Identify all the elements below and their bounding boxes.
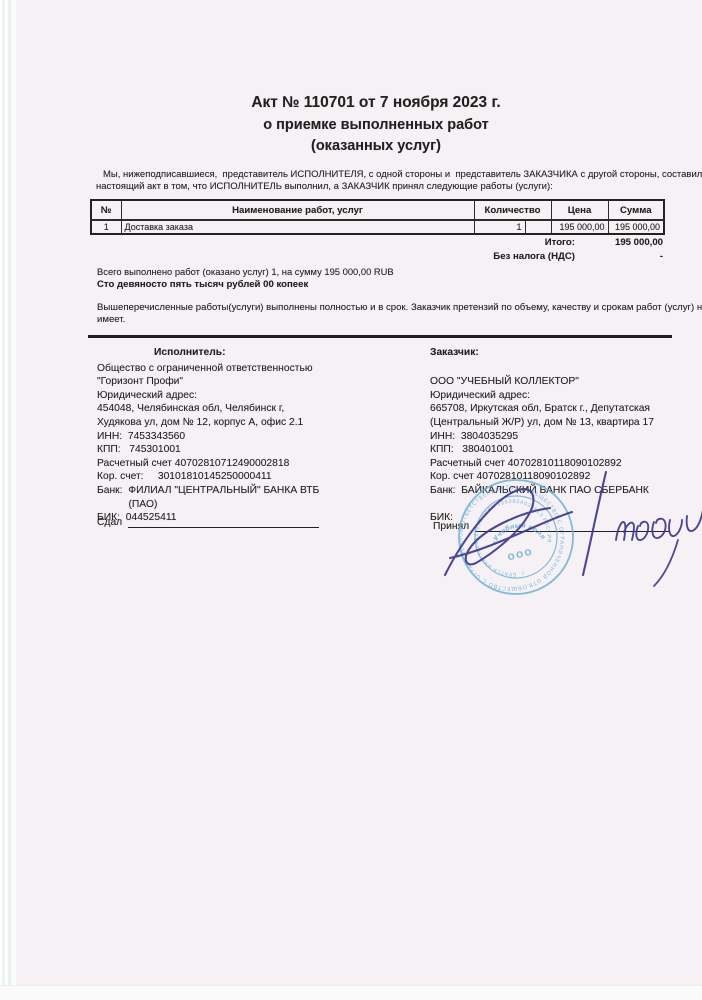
sdal-signature-row: Сдал — [97, 516, 319, 528]
customer-line: Юридический адрес: — [430, 389, 702, 403]
intro-line-2: настоящий акт в том, что ИСПОЛНИТЕЛЬ вып… — [96, 181, 702, 193]
table-row: 1 Доставка заказа 1 195 000,00 195 000,0… — [91, 220, 664, 234]
total-label: Итого: — [545, 237, 575, 248]
customer-line: 665708, Иркутская обл, Братск г., Депута… — [430, 402, 702, 416]
customer-bank: Банк: БАЙКАЛЬСКИЙ БАНК ПАО СБЕРБАНК — [430, 484, 702, 498]
customer-line — [430, 362, 702, 376]
section-divider-line — [88, 335, 672, 338]
executor-line: Худякова ул, дом № 12, корпус А, офис 2.… — [97, 416, 422, 430]
row-num: 1 — [91, 220, 121, 234]
total-row-no-vat: Без налога (НДС) - — [90, 251, 663, 265]
works-table-header-row: № Наименование работ, услуг Количество Ц… — [91, 200, 664, 220]
amount-in-words: Сто девяносто пять тысяч рублей 00 копее… — [97, 279, 394, 290]
executor-inn: ИНН: 7453343560 — [97, 430, 422, 444]
no-vat-label: Без налога (НДС) — [493, 251, 575, 262]
row-unit — [525, 220, 551, 234]
customer-column: Заказчик: ООО "УЧЕБНЫЙ КОЛЛЕКТОР" Юридич… — [430, 346, 702, 525]
prinyal-signature-row: Принял — [433, 520, 670, 532]
executor-settlement-account: Расчетный счет 40702810712490002818 — [97, 457, 422, 471]
executor-bank-cont: (ПАО) — [97, 498, 422, 512]
summary-block: Всего выполнено работ (оказано услуг) 1,… — [97, 266, 394, 290]
totals-block: Итого: 195 000,00 Без налога (НДС) - — [90, 237, 663, 265]
claims-line-1: Вышеперечисленные работы(услуги) выполне… — [97, 302, 702, 314]
executor-line: "Горизонт Профи" — [97, 375, 422, 389]
row-price: 195 000,00 — [551, 220, 608, 234]
document-title-block: Акт № 110701 от 7 ноября 2023 г. о прием… — [50, 94, 702, 154]
header-qty: Количество — [474, 200, 551, 220]
row-name: Доставка заказа — [121, 220, 474, 234]
signature-tail — [654, 540, 678, 586]
customer-inn: ИНН: 3804035295 — [430, 430, 702, 444]
stamp-center-text: ООО — [507, 547, 535, 563]
sdal-signature-line — [128, 516, 319, 528]
works-table: № Наименование работ, услуг Количество Ц… — [90, 199, 665, 235]
executor-kpp: КПП: 745301001 — [97, 443, 422, 457]
scanned-document: { "document": { "title": "Акт № 110701 о… — [0, 0, 702, 1000]
prinyal-signature-line — [475, 520, 670, 532]
sdal-label: Сдал — [97, 517, 122, 528]
customer-line: (Центральный Ж/Р) ул, дом № 13, квартира… — [430, 416, 702, 430]
customer-line — [430, 498, 702, 512]
intro-paragraph: Мы, нижеподписавшиеся, представитель ИСП… — [96, 169, 702, 192]
claims-line-2: имеет. — [97, 314, 702, 326]
scan-edge-artifact-left — [0, 0, 16, 1000]
customer-corr-account: Кор. счет 40702810118090102892 — [430, 470, 702, 484]
customer-org-name: ООО "УЧЕБНЫЙ КОЛЛЕКТОР" — [430, 375, 702, 389]
header-num: № — [91, 200, 121, 220]
no-vat-value: - — [575, 251, 663, 262]
header-name: Наименование работ, услуг — [121, 200, 474, 220]
customer-settlement-account: Расчетный счет 40702810118090102892 — [430, 457, 702, 471]
executor-bank: Банк: ФИЛИАЛ "ЦЕНТРАЛЬНЫЙ" БАНКА ВТБ — [97, 484, 422, 498]
row-sum: 195 000,00 — [608, 220, 664, 234]
executor-line: Общество с ограниченной ответственностью — [97, 362, 422, 376]
scan-edge-artifact-bottom — [0, 985, 702, 1000]
total-row-itogo: Итого: 195 000,00 — [90, 237, 663, 251]
header-price: Цена — [551, 200, 608, 220]
document-subtitle-1: о приемке выполненных работ — [50, 117, 702, 133]
customer-kpp: КПП: 380401001 — [430, 443, 702, 457]
executor-corr-account: Кор. счет: 30101810145250000411 — [97, 470, 422, 484]
header-sum: Сумма — [608, 200, 664, 220]
customer-heading: Заказчик: — [430, 346, 702, 360]
intro-line-1: Мы, нижеподписавшиеся, представитель ИСП… — [96, 169, 702, 181]
document-title: Акт № 110701 от 7 ноября 2023 г. — [50, 94, 702, 112]
row-qty: 1 — [474, 220, 525, 234]
claims-paragraph: Вышеперечисленные работы(услуги) выполне… — [97, 302, 702, 326]
summary-line: Всего выполнено работ (оказано услуг) 1,… — [97, 266, 394, 277]
document-subtitle-2: (оказанных услуг) — [50, 138, 702, 154]
total-value: 195 000,00 — [575, 237, 663, 248]
executor-line: 454048, Челябинская обл, Челябинск г, — [97, 402, 422, 416]
executor-heading: Исполнитель: — [97, 346, 422, 360]
executor-column: Исполнитель: Общество с ограниченной отв… — [97, 346, 422, 525]
executor-line: Юридический адрес: — [97, 389, 422, 403]
prinyal-label: Принял — [433, 521, 469, 532]
